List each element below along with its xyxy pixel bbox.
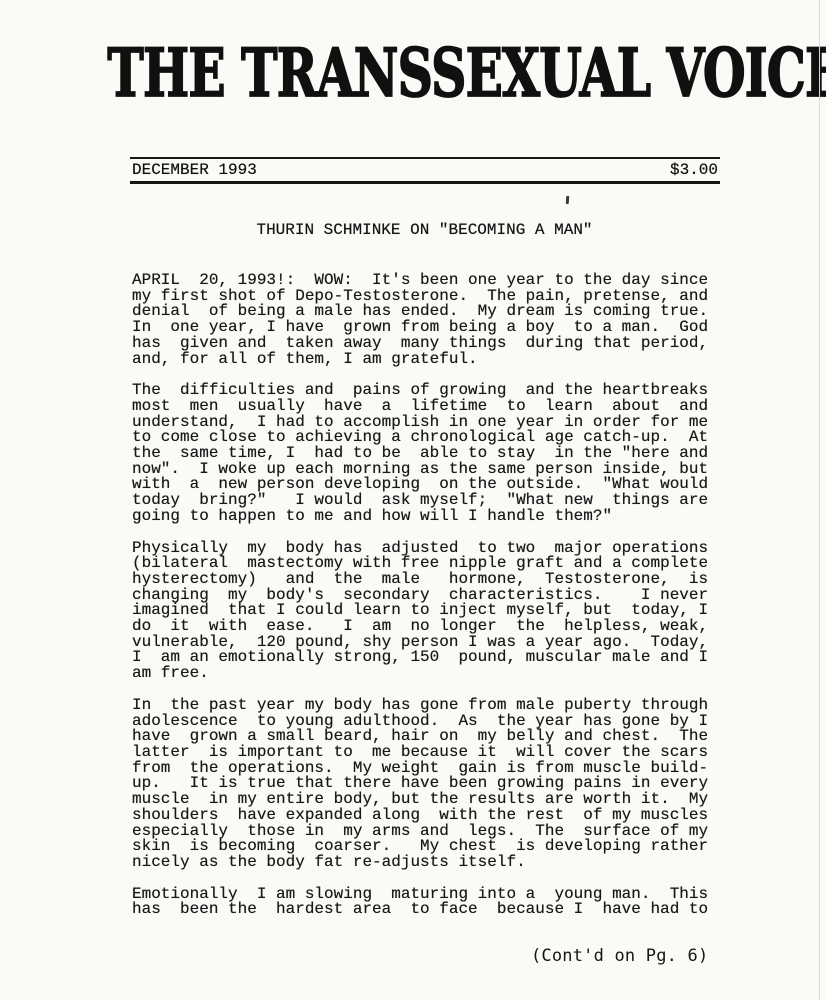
issue-header: DECEMBER 1993 $3.00 <box>130 157 720 184</box>
article-body: APRIL 20, 1993!: WOW: It's been one year… <box>132 273 724 934</box>
article-paragraph-1: APRIL 20, 1993!: WOW: It's been one year… <box>132 273 724 367</box>
scan-artifact-mark <box>566 196 570 204</box>
article-paragraph-2: The difficulties and pains of growing an… <box>132 383 724 524</box>
issue-price: $3.00 <box>670 161 718 180</box>
scan-edge-line <box>819 0 820 1000</box>
continuation-note: (Cont'd on Pg. 6) <box>531 946 708 966</box>
article-paragraph-5: Emotionally I am slowing maturing into a… <box>132 887 724 918</box>
article-paragraph-4: In the past year my body has gone from m… <box>132 698 724 871</box>
masthead-title: THE TRANSSEXUAL VOICE <box>107 40 718 106</box>
issue-date: DECEMBER 1993 <box>132 161 257 180</box>
newsletter-page: THE TRANSSEXUAL VOICE DECEMBER 1993 $3.0… <box>0 0 826 1000</box>
article-paragraph-3: Physically my body has adjusted to two m… <box>132 541 724 682</box>
article-title: THURIN SCHMINKE ON "BECOMING A MAN" <box>133 221 716 239</box>
